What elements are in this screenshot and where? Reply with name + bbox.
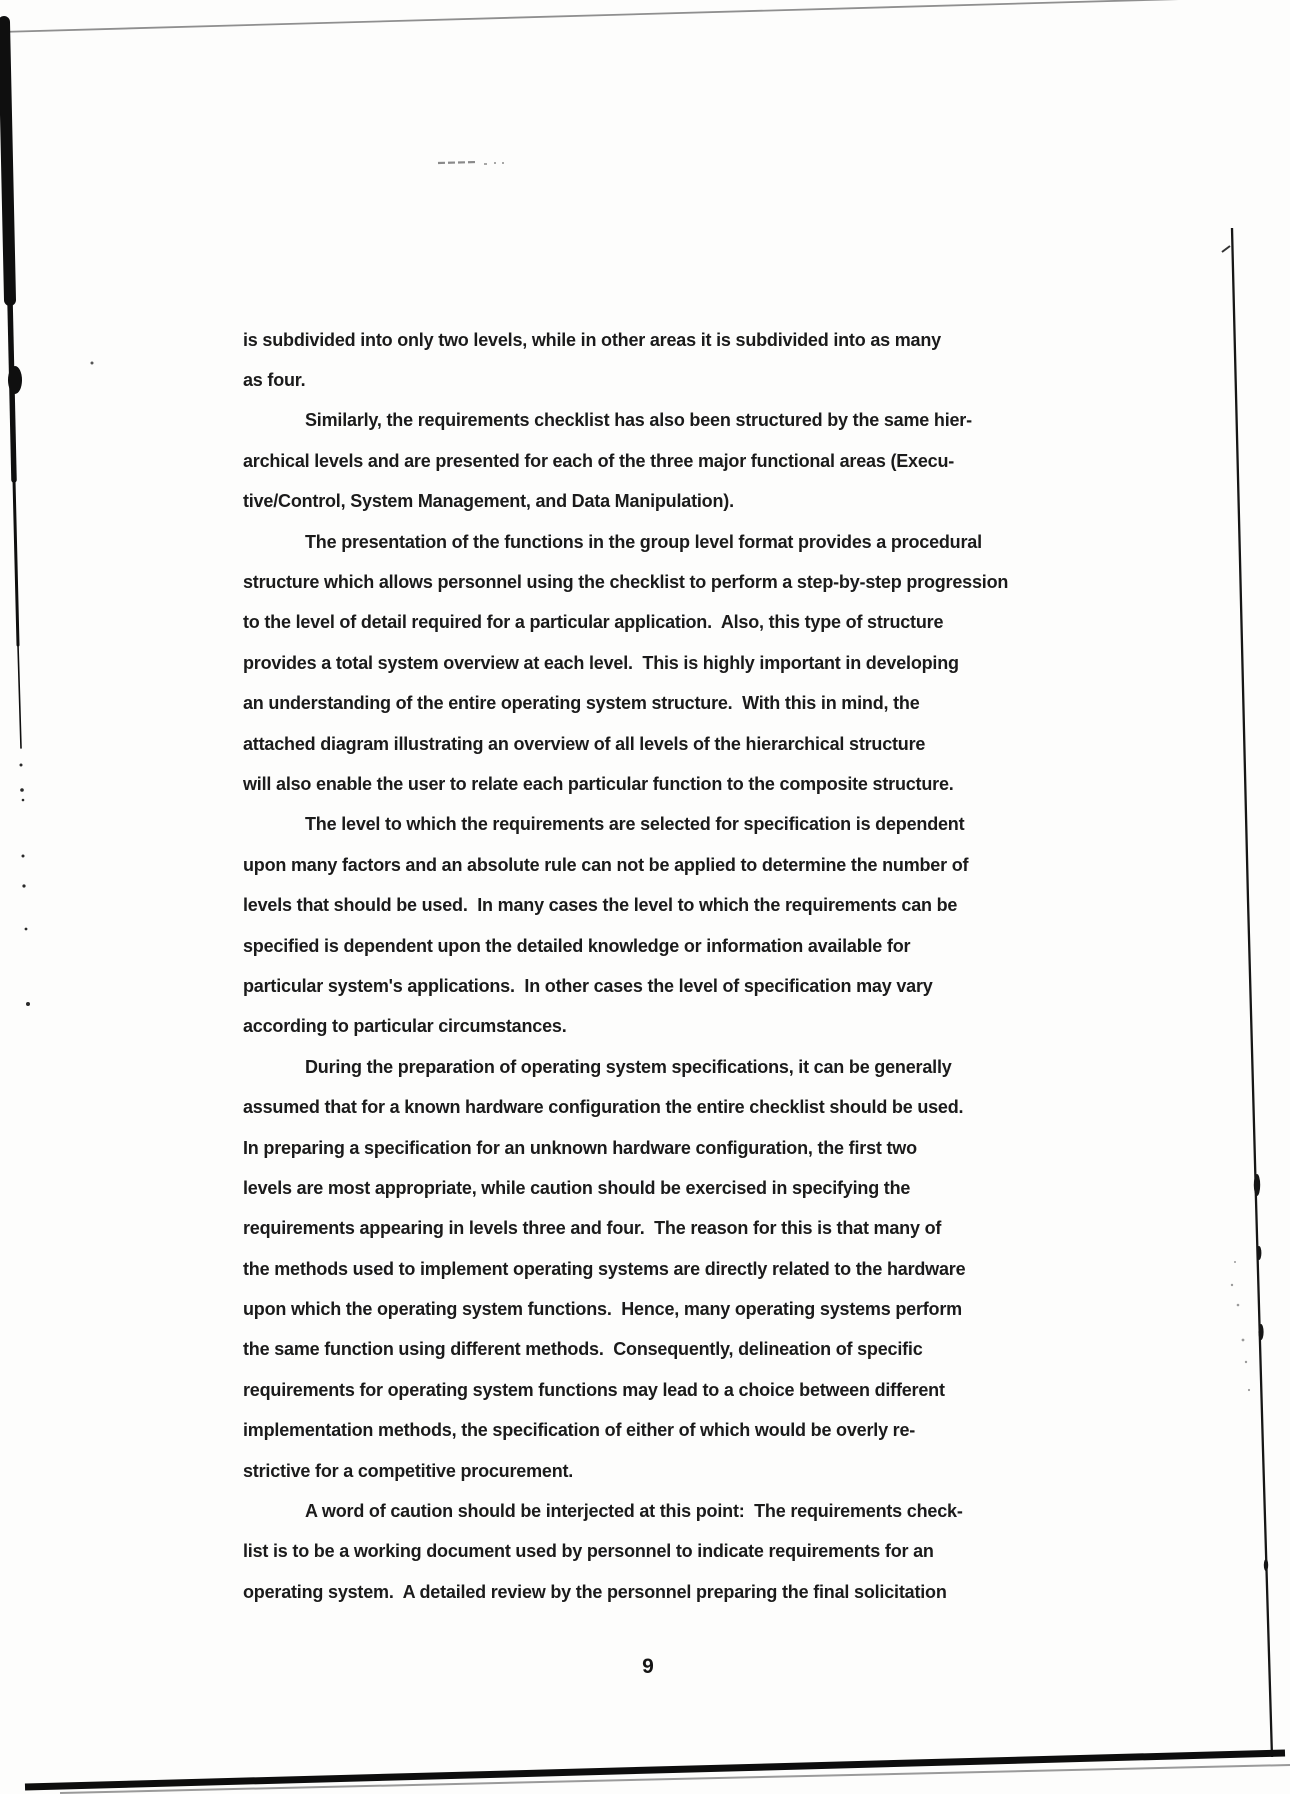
- text-line: The level to which the requirements are …: [243, 805, 1243, 845]
- text-line: is subdivided into only two levels, whil…: [243, 320, 1243, 360]
- top-center-smudge: [438, 162, 504, 164]
- page-bottom-edge-line-gray: [60, 1765, 1290, 1793]
- scan-edge-left-specks: [20, 362, 94, 1007]
- text-line: During the preparation of operating syst…: [243, 1047, 1243, 1087]
- text-line: requirements appearing in levels three a…: [243, 1209, 1243, 1249]
- text-line: assumed that for a known hardware config…: [243, 1087, 1243, 1127]
- page-number: 9: [633, 1655, 663, 1679]
- text-line: specified is dependent upon the detailed…: [243, 926, 1243, 966]
- text-line: levels are most appropriate, while cauti…: [243, 1168, 1243, 1208]
- scanned-document-page: is subdivided into only two levels, whil…: [0, 0, 1290, 1794]
- text-line: A word of caution should be interjected …: [243, 1491, 1243, 1531]
- page-bottom-edge-line-dark: [25, 1753, 1285, 1787]
- text-line: to the level of detail required for a pa…: [243, 603, 1243, 643]
- text-block: is subdivided into only two levels, whil…: [243, 320, 1243, 1613]
- text-line: as four.: [243, 360, 1243, 400]
- text-line: operating system. A detailed review by t…: [243, 1572, 1243, 1612]
- text-line: requirements for operating system functi…: [243, 1370, 1243, 1410]
- text-line: the methods used to implement operating …: [243, 1249, 1243, 1289]
- text-line: will also enable the user to relate each…: [243, 764, 1243, 804]
- text-line: archical levels and are presented for ea…: [243, 441, 1243, 481]
- text-line: particular system's applications. In oth…: [243, 966, 1243, 1006]
- text-line: strictive for a competitive procurement.: [243, 1451, 1243, 1491]
- scan-edge-left-blob: [8, 366, 22, 394]
- text-line: attached diagram illustrating an overvie…: [243, 724, 1243, 764]
- text-line: The presentation of the functions in the…: [243, 522, 1243, 562]
- text-line: provides a total system overview at each…: [243, 643, 1243, 683]
- text-line: Similarly, the requirements checklist ha…: [243, 401, 1243, 441]
- text-line: an understanding of the entire operating…: [243, 684, 1243, 724]
- text-line: upon many factors and an absolute rule c…: [243, 845, 1243, 885]
- text-line: upon which the operating system function…: [243, 1289, 1243, 1329]
- text-line: structure which allows personnel using t…: [243, 562, 1243, 602]
- text-line: levels that should be used. In many case…: [243, 885, 1243, 925]
- text-line: list is to be a working document used by…: [243, 1532, 1243, 1572]
- text-line: In preparing a specification for an unkn…: [243, 1128, 1243, 1168]
- text-line: according to particular circumstances.: [243, 1007, 1243, 1047]
- page-top-edge-line: [0, 0, 1290, 32]
- scan-edge-left: [4, 22, 21, 748]
- text-line: the same function using different method…: [243, 1330, 1243, 1370]
- text-line: implementation methods, the specificatio…: [243, 1411, 1243, 1451]
- text-line: tive/Control, System Management, and Dat…: [243, 482, 1243, 522]
